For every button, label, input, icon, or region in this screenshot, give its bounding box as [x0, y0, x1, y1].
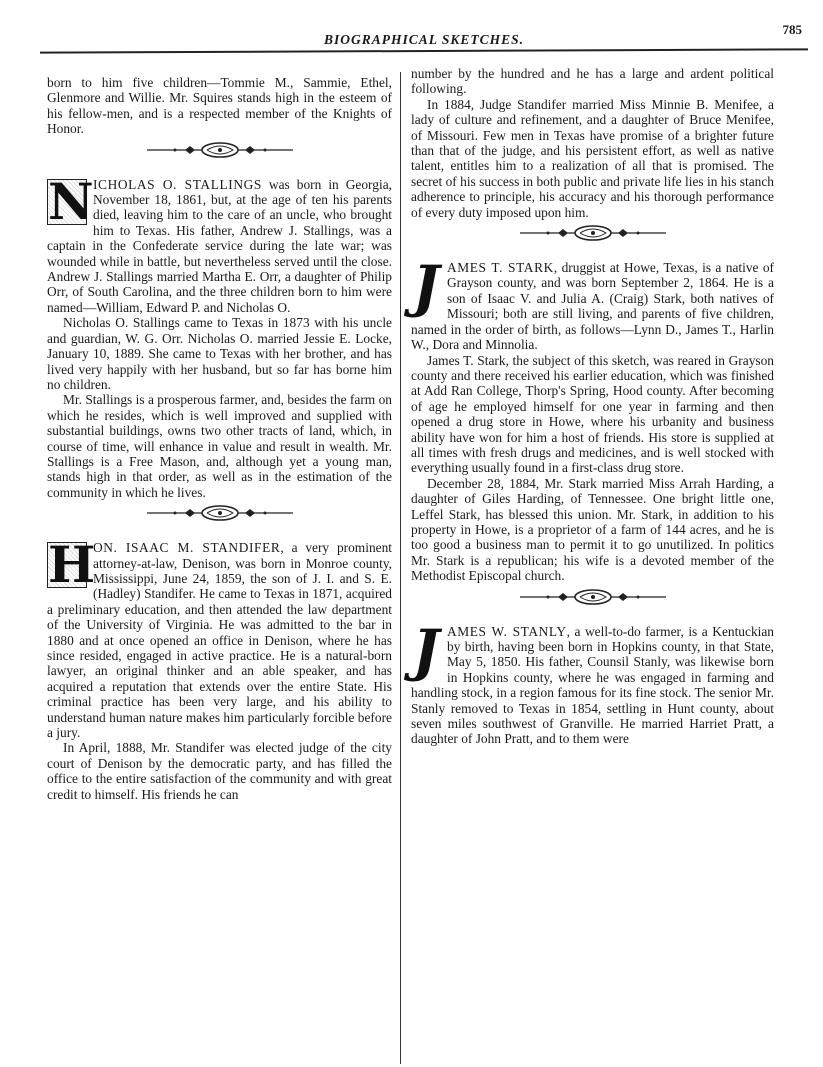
entry-name: AMES W. STANLY: [447, 624, 567, 639]
entry-name: ICHOLAS O. STALLINGS: [93, 177, 262, 192]
entry-name: ON. ISAAC M. STANDIFER: [93, 540, 280, 555]
drop-cap-j-icon: J: [411, 262, 441, 308]
entry-paragraph: AMES W. STANLY, a well-to-do farmer, is …: [411, 624, 774, 747]
drop-cap-n-icon: N: [47, 179, 87, 225]
continuation-paragraph: In 1884, Judge Standifer married Miss Mi…: [411, 97, 774, 220]
ornament-divider-icon: [411, 588, 774, 610]
page-number: 785: [783, 22, 803, 38]
entry-paragraph: ON. ISAAC M. STANDIFER, a very prominent…: [47, 540, 392, 740]
entry-paragraph: In April, 1888, Mr. Standifer was electe…: [47, 740, 392, 802]
ornament-divider-icon: [47, 504, 392, 526]
running-title: BIOGRAPHICAL SKETCHES.: [40, 32, 808, 48]
continuation-paragraph: number by the hundred and he has a large…: [411, 66, 774, 97]
entry-name: AMES T. STARK: [447, 260, 554, 275]
entry-paragraph: December 28, 1884, Mr. Stark married Mis…: [411, 476, 774, 584]
biography-entry-standifer: H ON. ISAAC M. STANDIFER, a very promine…: [47, 540, 392, 802]
left-column: born to him five children—Tommie M., Sam…: [47, 75, 392, 802]
entry-paragraph: ICHOLAS O. STALLINGS was born in Georgia…: [47, 177, 392, 316]
continuation-paragraph: born to him five children—Tommie M., Sam…: [47, 75, 392, 137]
drop-cap-j-icon: J: [411, 626, 441, 672]
biography-entry-stanly: J AMES W. STANLY, a well-to-do farmer, i…: [411, 624, 774, 747]
drop-cap-h-icon: H: [47, 542, 87, 588]
entry-paragraph: Nicholas O. Stallings came to Texas in 1…: [47, 315, 392, 392]
entry-paragraph: AMES T. STARK, druggist at Howe, Texas, …: [411, 260, 774, 352]
column-divider: [400, 72, 401, 1064]
page-header: BIOGRAPHICAL SKETCHES. 785: [40, 0, 808, 50]
biography-entry-stark: J AMES T. STARK, druggist at Howe, Texas…: [411, 260, 774, 584]
entry-paragraph: Mr. Stallings is a prosperous farmer, an…: [47, 392, 392, 500]
ornament-divider-icon: [411, 224, 774, 246]
biography-entry-stallings: N ICHOLAS O. STALLINGS was born in Georg…: [47, 177, 392, 501]
entry-paragraph: James T. Stark, the subject of this sket…: [411, 353, 774, 476]
right-column: number by the hundred and he has a large…: [411, 66, 774, 747]
ornament-divider-icon: [47, 141, 392, 163]
